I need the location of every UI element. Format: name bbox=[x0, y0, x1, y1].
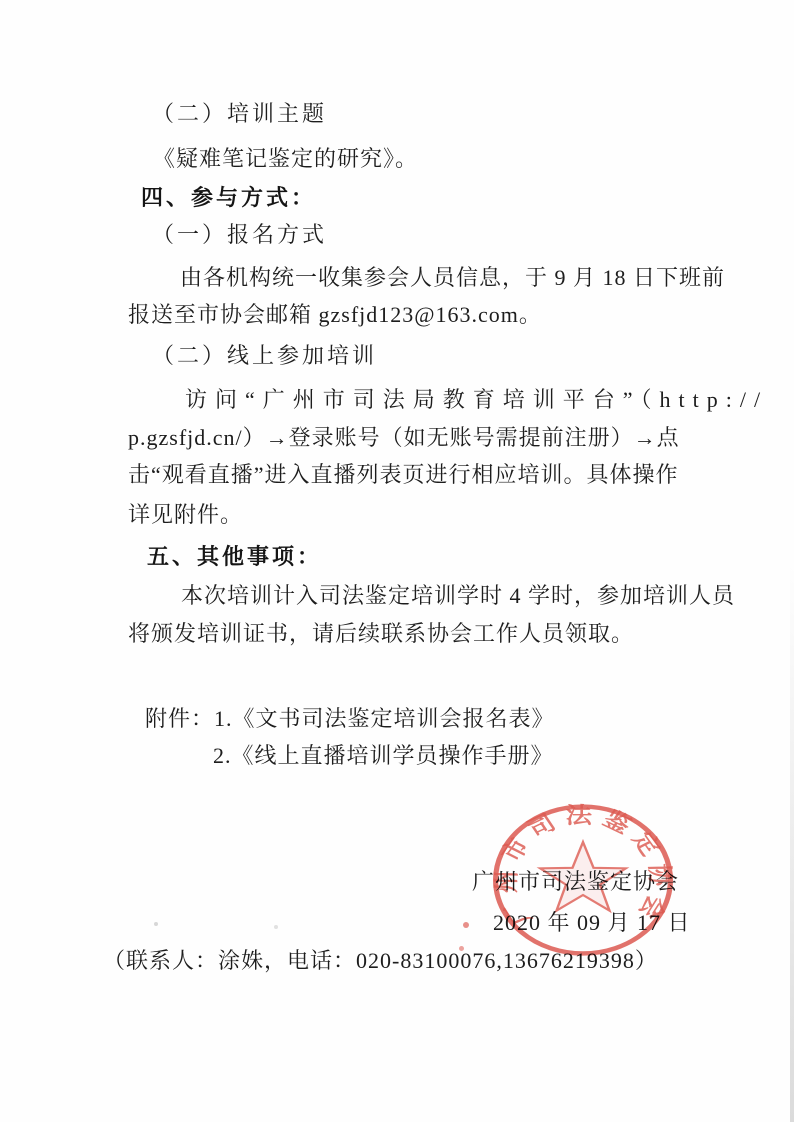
text-line-11: 五、其他事项： bbox=[147, 542, 322, 572]
text-line-15: 2.《线上直播培训学员操作手册》 bbox=[213, 741, 554, 771]
text-line-1: 《疑难笔记鉴定的研究》。 bbox=[153, 144, 418, 174]
text-line-12: 本次培训计入司法鉴定培训学时 4 学时，参加培训人员 bbox=[181, 581, 735, 611]
text-line-4: 由各机构统一收集参会人员信息，于 9 月 18 日下班前 bbox=[180, 263, 725, 293]
ink-speck-0 bbox=[463, 922, 469, 928]
document-page: （二）培训主题《疑难笔记鉴定的研究》。四、参与方式：（一）报名方式由各机构统一收… bbox=[0, 0, 794, 1122]
ink-speck-3 bbox=[274, 925, 278, 929]
ink-speck-2 bbox=[154, 922, 158, 926]
text-line-13: 将颁发培训证书，请后续联系协会工作人员领取。 bbox=[128, 619, 634, 649]
text-line-14: 附件：1.《文书司法鉴定培训会报名表》 bbox=[145, 704, 555, 734]
text-line-6: （二）线上参加培训 bbox=[152, 341, 377, 371]
text-line-5: 报送至市协会邮箱 gzsfjd123@163.com。 bbox=[128, 300, 542, 330]
text-line-3: （一）报名方式 bbox=[152, 220, 327, 250]
text-line-0: （二）培训主题 bbox=[152, 99, 327, 129]
text-line-7: 访问“广州市司法局教育培训平台”（http:// bbox=[185, 385, 768, 415]
text-line-8: p.gzsfjd.cn/）→登录账号（如无账号需提前注册）→点 bbox=[128, 423, 680, 453]
text-line-9: 击“观看直播”进入直播列表页进行相应培训。具体操作 bbox=[128, 460, 679, 490]
page-edge-shadow bbox=[790, 560, 794, 1122]
official-seal-stamp: 广州市司法鉴定协会 bbox=[489, 801, 677, 959]
text-line-10: 详见附件。 bbox=[128, 500, 243, 530]
seal-star-icon bbox=[540, 842, 626, 911]
ink-speck-1 bbox=[459, 946, 464, 951]
text-line-2: 四、参与方式： bbox=[141, 183, 316, 213]
